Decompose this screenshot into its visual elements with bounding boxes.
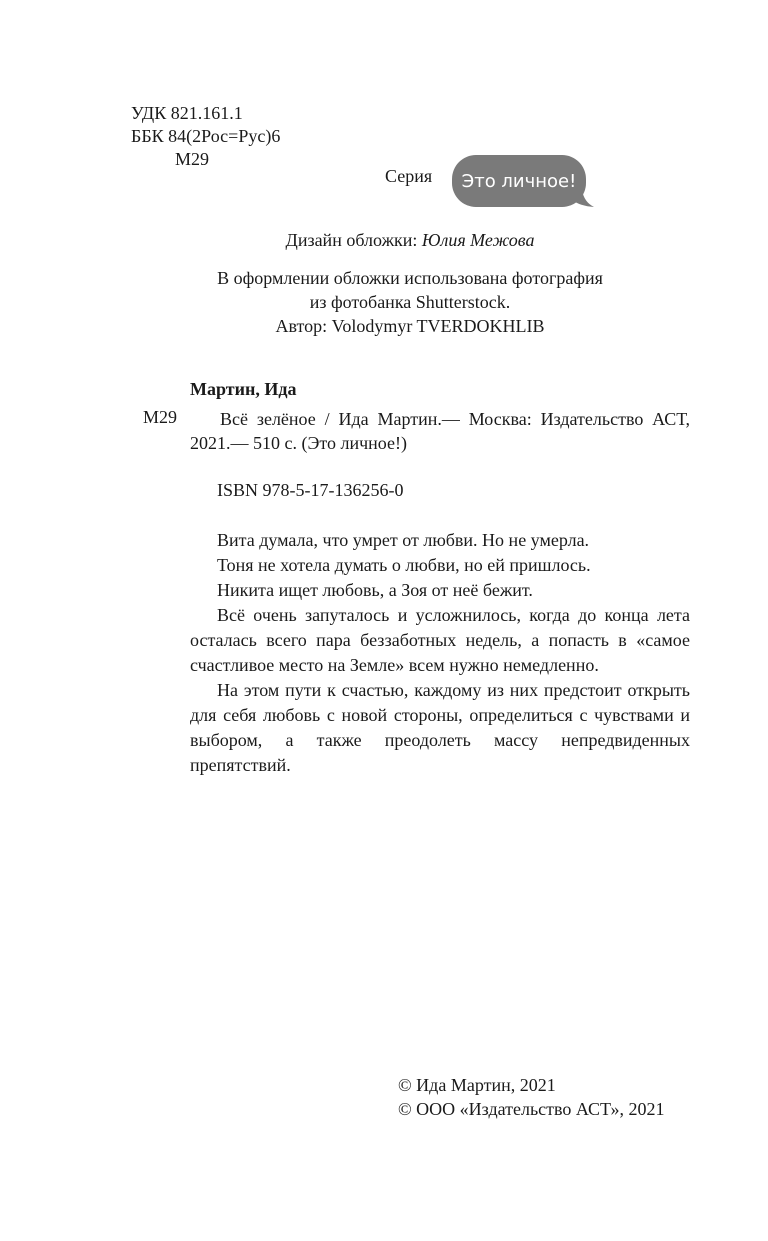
author-sign: М29 [131,148,280,171]
annotation-paragraph: Вита думала, что умрет от любви. Но не у… [190,528,690,553]
annotation-paragraph: Тоня не хотела думать о любви, но ей при… [190,553,690,578]
photo-credit: В оформлении обложки использована фотогр… [0,266,768,338]
series-name: Это личное! [462,171,577,192]
isbn: ISBN 978-5-17-136256-0 [217,480,404,501]
annotation-paragraph: На этом пути к счастью, каждому из них п… [190,678,690,778]
series-name-bubble: Это личное! [452,155,586,207]
cover-design-label: Дизайн обложки: [286,230,422,250]
catalog-author: Мартин, Ида [190,379,296,400]
bibliographic-line: Всё зелёное / Ида Мартин.— Москва: Издат… [190,407,690,431]
bibliographic-entry: Всё зелёное / Ида Мартин.— Москва: Издат… [190,407,690,455]
series-label: Серия [385,166,432,187]
annotation-paragraph: Всё очень запуталось и усложнилось, когд… [190,603,690,678]
photo-credit-line: В оформлении обложки использована фотогр… [0,266,768,290]
copyright-line: © ООО «Издательство АСТ», 2021 [398,1097,665,1121]
bbk-code: ББК 84(2Рос=Рус)6 [131,125,280,148]
photo-credit-line: Автор: Volodymyr TVERDOKHLIB [0,314,768,338]
copyright-block: © Ида Мартин, 2021 © ООО «Издательство А… [398,1073,665,1121]
photo-credit-line: из фотобанка Shutterstock. [0,290,768,314]
annotation: Вита думала, что умрет от любви. Но не у… [190,528,690,778]
catalog-code: М29 [143,407,177,428]
cover-designer: Юлия Межова [422,230,535,250]
cover-design-credit: Дизайн обложки: Юлия Межова [0,228,768,252]
annotation-paragraph: Никита ищет любовь, а Зоя от неё бежит. [190,578,690,603]
udk-code: УДК 821.161.1 [131,102,280,125]
copyright-line: © Ида Мартин, 2021 [398,1073,665,1097]
bibliographic-line: 2021.— 510 с. (Это личное!) [190,431,690,455]
speech-bubble-tail-icon [572,190,594,208]
classification-codes: УДК 821.161.1 ББК 84(2Рос=Рус)6 М29 [131,102,280,171]
